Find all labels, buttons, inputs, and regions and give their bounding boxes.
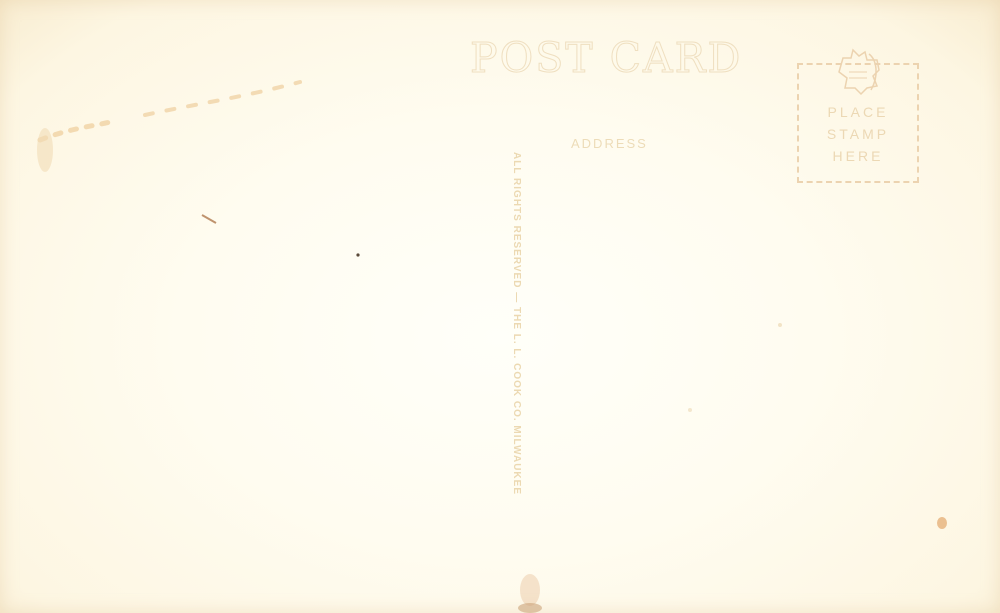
address-label: ADDRESS [571, 136, 648, 151]
postcard-back: POST CARD ADDRESS ALL RIGHTS RESERVED — … [0, 0, 1000, 613]
stamp-line-place: PLACE [797, 101, 919, 123]
postcard-title: POST CARD [470, 34, 770, 82]
stamp-line-stamp: STAMP [797, 123, 919, 145]
stamp-line-here: HERE [797, 145, 919, 167]
publisher-credit: ALL RIGHTS RESERVED — THE L. L. COOK CO.… [511, 152, 522, 532]
stamp-instructions: PLACE STAMP HERE [797, 101, 919, 167]
stamp-emblem-icon [833, 46, 887, 96]
